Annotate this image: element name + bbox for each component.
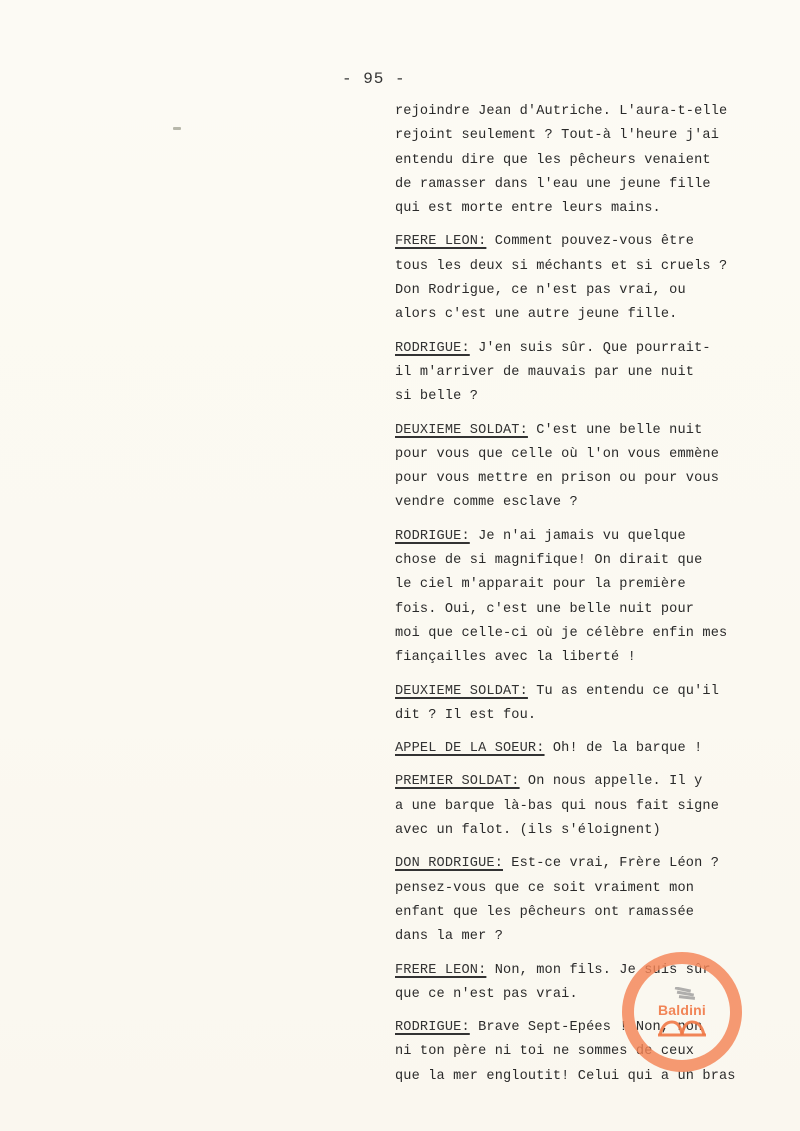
speaker-name: FRERE LEON: bbox=[395, 234, 486, 249]
line-text: entendu dire que les pêcheurs venaient bbox=[395, 153, 711, 168]
line-text: C'est une belle nuit bbox=[528, 423, 702, 438]
line-text: le ciel m'apparait pour la première bbox=[395, 577, 686, 592]
text-line: DON RODRIGUE: Est-ce vrai, Frère Léon ? bbox=[395, 852, 785, 876]
text-line: alors c'est une autre jeune fille. bbox=[395, 303, 785, 327]
text-line: entendu dire que les pêcheurs venaient bbox=[395, 149, 785, 173]
speaker-name: DON RODRIGUE: bbox=[395, 856, 503, 871]
text-line: ni ton père ni toi ne sommes de ceux bbox=[395, 1040, 785, 1064]
line-text: pour vous mettre en prison ou pour vous bbox=[395, 471, 719, 486]
dialogue-paragraph: DEUXIEME SOLDAT: Tu as entendu ce qu'ild… bbox=[395, 680, 785, 729]
text-line: Don Rodrigue, ce n'est pas vrai, ou bbox=[395, 279, 785, 303]
text-line: FRERE LEON: Non, mon fils. Je suis sûr bbox=[395, 959, 785, 983]
line-text: rejoindre Jean d'Autriche. L'aura-t-elle bbox=[395, 104, 727, 119]
text-line: DEUXIEME SOLDAT: Tu as entendu ce qu'il bbox=[395, 680, 785, 704]
line-text: pour vous que celle où l'on vous emmène bbox=[395, 447, 719, 462]
line-text: Brave Sept-Epées ! Non, non bbox=[470, 1020, 703, 1035]
dialogue-paragraph: RODRIGUE: Brave Sept-Epées ! Non, nonni … bbox=[395, 1016, 785, 1089]
line-text: Est-ce vrai, Frère Léon ? bbox=[503, 856, 719, 871]
text-line: tous les deux si méchants et si cruels ? bbox=[395, 255, 785, 279]
line-text: enfant que les pêcheurs ont ramassée bbox=[395, 905, 694, 920]
paper-speck bbox=[173, 127, 181, 130]
dialogue-paragraph: RODRIGUE: J'en suis sûr. Que pourrait-il… bbox=[395, 337, 785, 410]
speaker-name: FRERE LEON: bbox=[395, 963, 486, 978]
document-page: - 95 - rejoindre Jean d'Autriche. L'aura… bbox=[0, 0, 800, 1131]
dialogue-paragraph: APPEL DE LA SOEUR: Oh! de la barque ! bbox=[395, 737, 785, 761]
dialogue-paragraph: PREMIER SOLDAT: On nous appelle. Il ya u… bbox=[395, 770, 785, 843]
line-text: dit ? Il est fou. bbox=[395, 708, 536, 723]
text-line: pour vous que celle où l'on vous emmène bbox=[395, 443, 785, 467]
text-line: qui est morte entre leurs mains. bbox=[395, 197, 785, 221]
line-text: Je n'ai jamais vu quelque bbox=[470, 529, 686, 544]
line-text: fiançailles avec la liberté ! bbox=[395, 650, 636, 665]
dialogue-paragraph: FRERE LEON: Non, mon fils. Je suis sûrqu… bbox=[395, 959, 785, 1008]
line-text: vendre comme esclave ? bbox=[395, 495, 578, 510]
text-line: enfant que les pêcheurs ont ramassée bbox=[395, 901, 785, 925]
line-text: alors c'est une autre jeune fille. bbox=[395, 307, 677, 322]
dialogue-paragraph: FRERE LEON: Comment pouvez-vous êtretous… bbox=[395, 230, 785, 327]
line-text: rejoint seulement ? Tout-à l'heure j'ai bbox=[395, 128, 719, 143]
text-line: PREMIER SOLDAT: On nous appelle. Il y bbox=[395, 770, 785, 794]
dialogue-paragraph: DON RODRIGUE: Est-ce vrai, Frère Léon ?p… bbox=[395, 852, 785, 949]
text-line: fiançailles avec la liberté ! bbox=[395, 646, 785, 670]
line-text: dans la mer ? bbox=[395, 929, 503, 944]
page-number: - 95 - bbox=[342, 70, 406, 88]
text-line: fois. Oui, c'est une belle nuit pour bbox=[395, 598, 785, 622]
line-text: pensez-vous que ce soit vraiment mon bbox=[395, 881, 694, 896]
speaker-name: DEUXIEME SOLDAT: bbox=[395, 684, 528, 699]
line-text: chose de si magnifique! On dirait que bbox=[395, 553, 702, 568]
line-text: avec un falot. (ils s'éloignent) bbox=[395, 823, 661, 838]
line-text: ni ton père ni toi ne sommes de ceux bbox=[395, 1044, 694, 1059]
text-line: a une barque là-bas qui nous fait signe bbox=[395, 795, 785, 819]
speaker-name: APPEL DE LA SOEUR: bbox=[395, 741, 545, 756]
text-line: RODRIGUE: Brave Sept-Epées ! Non, non bbox=[395, 1016, 785, 1040]
line-text: qui est morte entre leurs mains. bbox=[395, 201, 661, 216]
line-text: Comment pouvez-vous être bbox=[486, 234, 694, 249]
line-text: Tu as entendu ce qu'il bbox=[528, 684, 719, 699]
dialogue-paragraph: RODRIGUE: Je n'ai jamais vu quelquechose… bbox=[395, 525, 785, 671]
text-line: dit ? Il est fou. bbox=[395, 704, 785, 728]
line-text: que la mer engloutit! Celui qui a un bra… bbox=[395, 1069, 736, 1084]
text-line: FRERE LEON: Comment pouvez-vous être bbox=[395, 230, 785, 254]
line-text: J'en suis sûr. Que pourrait- bbox=[470, 341, 711, 356]
dialogue-paragraph: rejoindre Jean d'Autriche. L'aura-t-elle… bbox=[395, 100, 785, 221]
text-line: dans la mer ? bbox=[395, 925, 785, 949]
line-text: fois. Oui, c'est une belle nuit pour bbox=[395, 602, 694, 617]
line-text: de ramasser dans l'eau une jeune fille bbox=[395, 177, 711, 192]
text-line: APPEL DE LA SOEUR: Oh! de la barque ! bbox=[395, 737, 785, 761]
line-text: que ce n'est pas vrai. bbox=[395, 987, 578, 1002]
text-line: moi que celle-ci où je célèbre enfin mes bbox=[395, 622, 785, 646]
line-text: Oh! de la barque ! bbox=[545, 741, 703, 756]
text-line: avec un falot. (ils s'éloignent) bbox=[395, 819, 785, 843]
line-text: tous les deux si méchants et si cruels ? bbox=[395, 259, 727, 274]
text-line: il m'arriver de mauvais par une nuit bbox=[395, 361, 785, 385]
text-line: vendre comme esclave ? bbox=[395, 491, 785, 515]
line-text: Don Rodrigue, ce n'est pas vrai, ou bbox=[395, 283, 686, 298]
text-line: DEUXIEME SOLDAT: C'est une belle nuit bbox=[395, 419, 785, 443]
speaker-name: RODRIGUE: bbox=[395, 529, 470, 544]
speaker-name: PREMIER SOLDAT: bbox=[395, 774, 520, 789]
line-text: On nous appelle. Il y bbox=[520, 774, 703, 789]
text-line: RODRIGUE: Je n'ai jamais vu quelque bbox=[395, 525, 785, 549]
text-line: que ce n'est pas vrai. bbox=[395, 983, 785, 1007]
line-text: a une barque là-bas qui nous fait signe bbox=[395, 799, 719, 814]
text-line: pour vous mettre en prison ou pour vous bbox=[395, 467, 785, 491]
line-text: moi que celle-ci où je célèbre enfin mes bbox=[395, 626, 727, 641]
line-text: si belle ? bbox=[395, 389, 478, 404]
text-line: si belle ? bbox=[395, 385, 785, 409]
dialogue-paragraph: DEUXIEME SOLDAT: C'est une belle nuitpou… bbox=[395, 419, 785, 516]
line-text: Non, mon fils. Je suis sûr bbox=[486, 963, 710, 978]
text-line: le ciel m'apparait pour la première bbox=[395, 573, 785, 597]
line-text: il m'arriver de mauvais par une nuit bbox=[395, 365, 694, 380]
text-line: de ramasser dans l'eau une jeune fille bbox=[395, 173, 785, 197]
speaker-name: DEUXIEME SOLDAT: bbox=[395, 423, 528, 438]
text-line: chose de si magnifique! On dirait que bbox=[395, 549, 785, 573]
speaker-name: RODRIGUE: bbox=[395, 1020, 470, 1035]
text-line: rejoindre Jean d'Autriche. L'aura-t-elle bbox=[395, 100, 785, 124]
speaker-name: RODRIGUE: bbox=[395, 341, 470, 356]
text-line: rejoint seulement ? Tout-à l'heure j'ai bbox=[395, 124, 785, 148]
text-line: pensez-vous que ce soit vraiment mon bbox=[395, 877, 785, 901]
script-text: rejoindre Jean d'Autriche. L'aura-t-elle… bbox=[395, 100, 785, 1098]
text-line: RODRIGUE: J'en suis sûr. Que pourrait- bbox=[395, 337, 785, 361]
text-line: que la mer engloutit! Celui qui a un bra… bbox=[395, 1065, 785, 1089]
